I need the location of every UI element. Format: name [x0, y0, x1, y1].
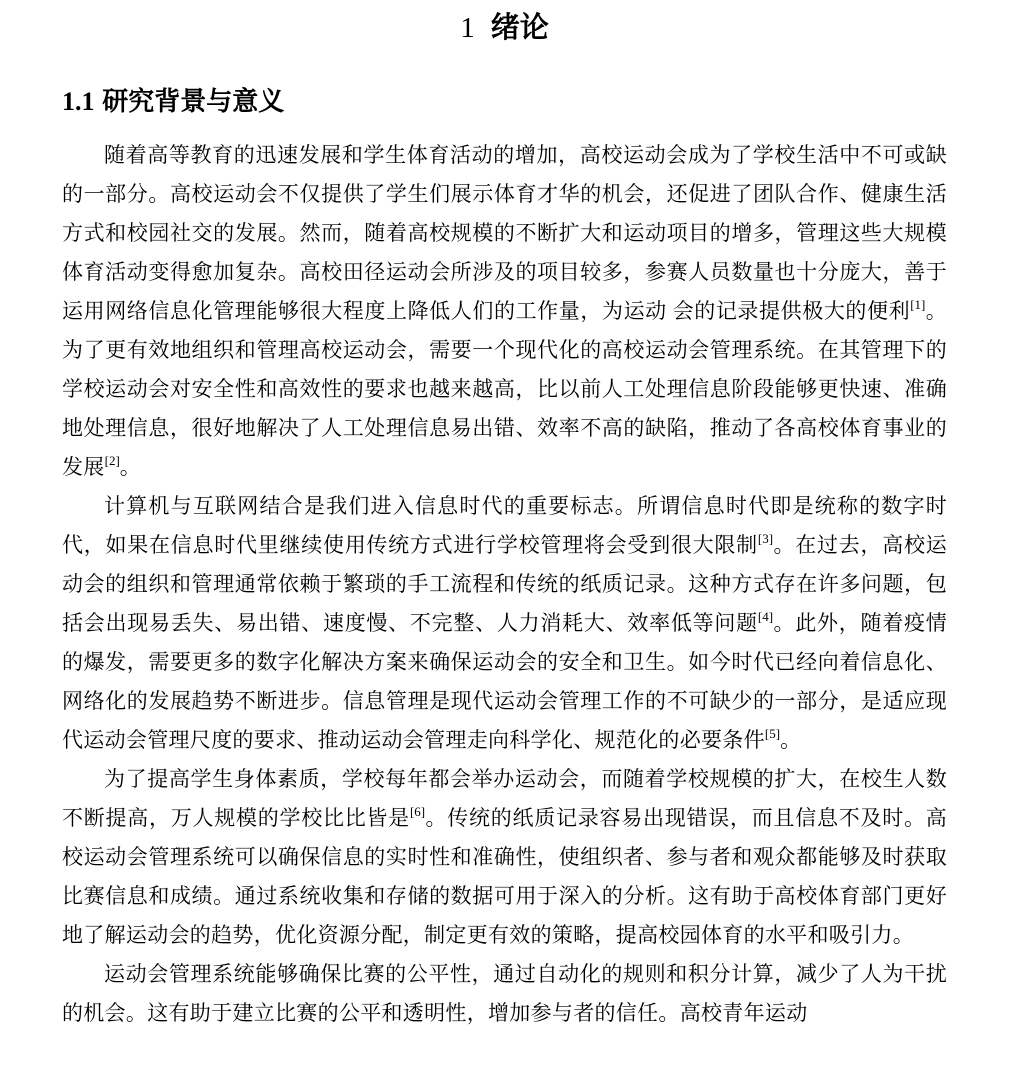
chapter-number: 1: [460, 12, 475, 44]
chapter-heading: 1绪论: [62, 8, 947, 48]
body-paragraph: 运动会管理系统能够确保比赛的公平性，通过自动化的规则和积分计算，减少了人为干扰的…: [62, 955, 947, 1033]
citation-marker: [6]: [410, 804, 425, 819]
document-page: 1绪论 1.1研究背景与意义 随着高等教育的迅速发展和学生体育活动的增加，高校运…: [0, 0, 1011, 1088]
citation-marker: [3]: [758, 531, 773, 546]
section-title: 研究背景与意义: [102, 86, 284, 116]
body-paragraph: 为了提高学生身体素质，学校每年都会举办运动会，而随着学校规模的扩大，在校生人数不…: [62, 760, 947, 955]
body-paragraph: 随着高等教育的迅速发展和学生体育活动的增加，高校运动会成为了学校生活中不可或缺的…: [62, 136, 947, 487]
citation-marker: [2]: [105, 453, 120, 468]
body-paragraph: 计算机与互联网结合是我们进入信息时代的重要标志。所谓信息时代即是统称的数字时代，…: [62, 487, 947, 760]
body-text: 随着高等教育的迅速发展和学生体育活动的增加，高校运动会成为了学校生活中不可或缺的…: [62, 136, 947, 1033]
citation-marker: [1]: [910, 297, 925, 312]
citation-marker: [4]: [758, 609, 773, 624]
section-number: 1.1: [62, 87, 95, 116]
citation-marker: [5]: [765, 726, 780, 741]
section-heading: 1.1研究背景与意义: [62, 84, 947, 119]
chapter-title: 绪论: [491, 12, 549, 44]
